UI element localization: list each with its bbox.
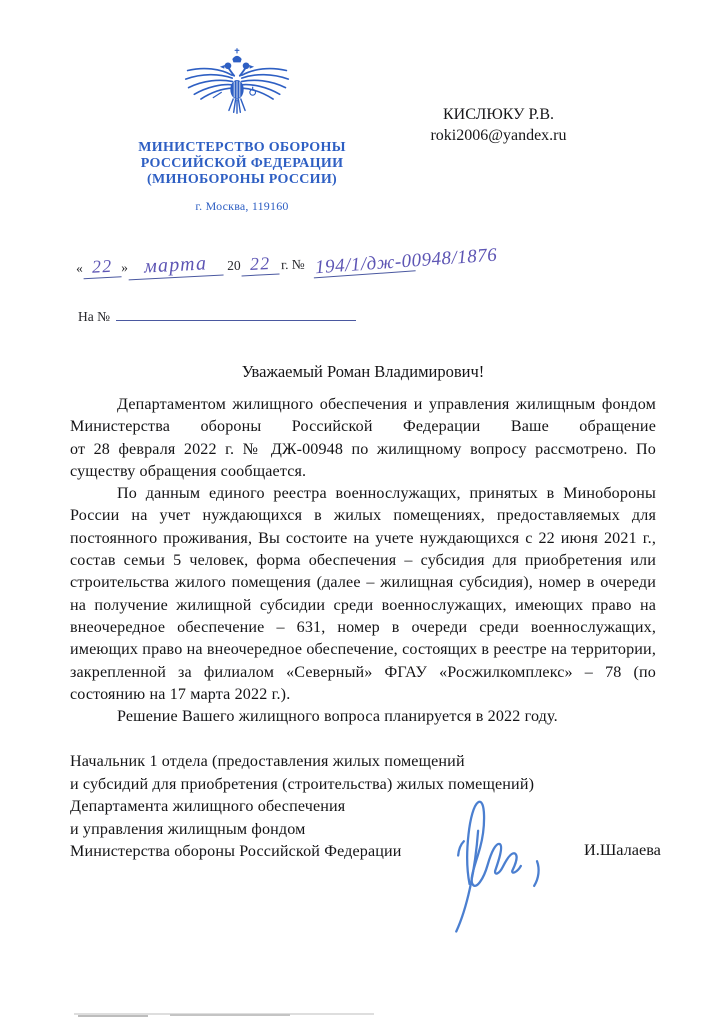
body-text-line: закрепленной за филиалом «Северный» ФГАУ… bbox=[70, 662, 656, 684]
signature-position-line: Начальник 1 отдела (предоставления жилых… bbox=[70, 751, 590, 774]
handwritten-signature-icon bbox=[446, 789, 552, 941]
body-text-line: на получение жилищной субсидии среди вое… bbox=[70, 595, 656, 617]
body-text-line: Решение Вашего жилищного вопроса планиру… bbox=[70, 706, 656, 728]
body-text-line: постоянного проживания, Вы состоите на у… bbox=[70, 528, 656, 550]
body-text-line: от 28 февраля 2022 г. № ДЖ-00948 по жили… bbox=[70, 439, 656, 461]
salutation: Уважаемый Роман Владимирович! bbox=[70, 362, 656, 382]
ministry-name-line: МИНИСТЕРСТВО ОБОРОНЫ bbox=[92, 140, 392, 156]
body-text-line: Департаментом жилищного обеспечения и уп… bbox=[70, 394, 656, 416]
handwritten-month: марта bbox=[127, 251, 223, 280]
recipient-name: КИСЛЮКУ Р.В. bbox=[396, 104, 601, 125]
recipient-block: КИСЛЮКУ Р.В. roki2006@yandex.ru bbox=[396, 104, 601, 146]
body-text-line: внеочередное обеспечение – 631, номер в … bbox=[70, 617, 656, 639]
scan-artifact-line bbox=[78, 1015, 148, 1017]
number-label: г. № bbox=[281, 257, 305, 273]
handwritten-day: 22 bbox=[82, 255, 122, 279]
ministry-name-line: РОССИЙСКОЙ ФЕДЕРАЦИИ bbox=[92, 156, 392, 172]
ministry-name-line: (МИНОБОРОНЫ РОССИИ) bbox=[92, 172, 392, 188]
paragraph-3: Решение Вашего жилищного вопроса планиру… bbox=[70, 706, 656, 728]
paragraph-1: Департаментом жилищного обеспечения и уп… bbox=[70, 394, 656, 483]
handwritten-year: 22 bbox=[240, 252, 280, 276]
reference-blank-line bbox=[116, 306, 356, 321]
scan-artifact-line bbox=[170, 1014, 290, 1016]
mod-eagle-emblem-icon bbox=[180, 44, 294, 136]
body-text-line: имеющих право на внеочередное обеспечени… bbox=[70, 639, 656, 661]
body-text-line: По данным единого реестра военнослужащих… bbox=[70, 483, 656, 505]
body-text-line: Министерства обороны Российской Федераци… bbox=[70, 416, 656, 438]
ministry-name: МИНИСТЕРСТВО ОБОРОНЫРОССИЙСКОЙ ФЕДЕРАЦИИ… bbox=[92, 140, 392, 187]
body-text-line: России на учет нуждающихся в жилых помещ… bbox=[70, 505, 656, 527]
year-prefix: 20 bbox=[227, 258, 241, 274]
paragraph-2: По данным единого реестра военнослужащих… bbox=[70, 483, 656, 706]
recipient-email: roki2006@yandex.ru bbox=[396, 125, 601, 146]
date-number-row: « 22 » марта 20 22 г. № 194/1/дж-00948/1… bbox=[76, 248, 497, 279]
body-text-line: строительства жилого помещения (далее – … bbox=[70, 572, 656, 594]
body-text-line: существу обращения сообщается. bbox=[70, 461, 656, 483]
scanned-letter-page: МИНИСТЕРСТВО ОБОРОНЫРОССИЙСКОЙ ФЕДЕРАЦИИ… bbox=[0, 0, 724, 1024]
city-line: г. Москва, 119160 bbox=[92, 199, 392, 214]
handwritten-outgoing-number: 194/1/дж-00948/1876 bbox=[314, 245, 498, 280]
signer-name: И.Шалаева bbox=[584, 840, 661, 860]
letter-body: Департаментом жилищного обеспечения и уп… bbox=[70, 394, 656, 728]
body-text-line: состоянию на 17 марта 2022 г.). bbox=[70, 684, 656, 706]
reference-label: На № bbox=[78, 309, 110, 325]
reference-row: На № bbox=[78, 306, 356, 325]
body-text-line: состав семьи 5 человек, форма обеспечени… bbox=[70, 550, 656, 572]
